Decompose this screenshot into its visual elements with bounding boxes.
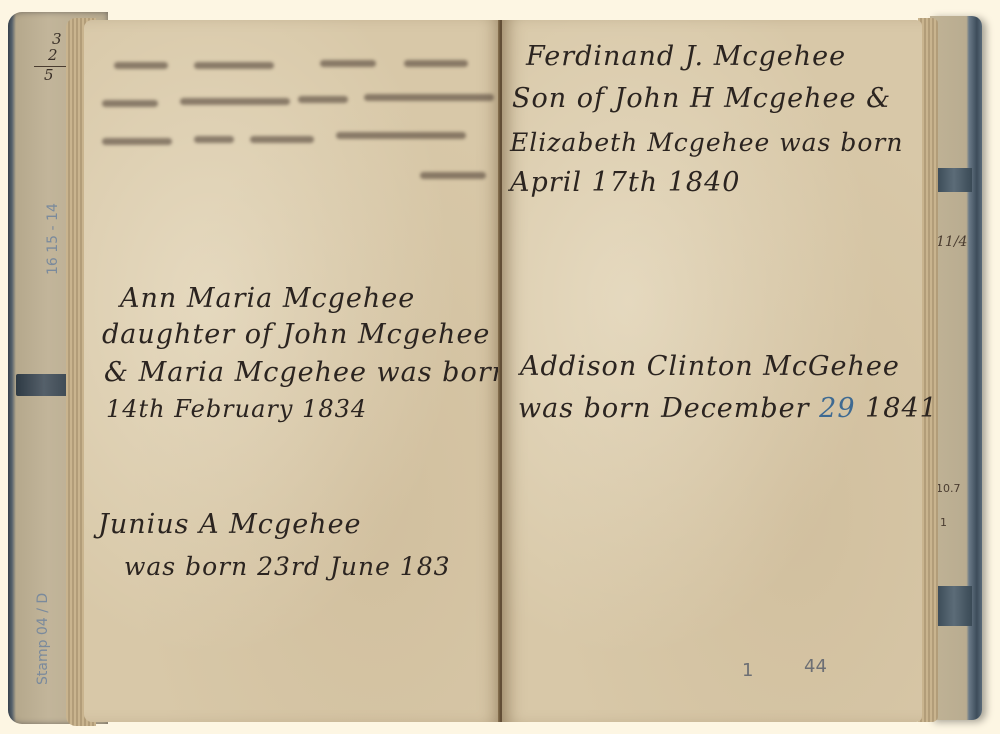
strikeout xyxy=(180,98,290,105)
entry-ann-maria-line1: Ann Maria Mcgehee xyxy=(120,282,415,316)
strikeout xyxy=(250,136,314,143)
right-cover-note: 11/4 xyxy=(936,234,967,250)
pencil-mark-44: 44 xyxy=(804,656,827,677)
entry-addison-day: 29 xyxy=(819,393,855,424)
cover-note-3: 3 xyxy=(52,32,62,47)
entry-addison-line1: Addison Clinton McGehee xyxy=(520,350,900,384)
cover-note-2: 2 xyxy=(48,48,58,63)
strikeout xyxy=(320,60,376,67)
left-cover-tab xyxy=(16,374,72,396)
entry-addison-born-text: was born December xyxy=(518,393,810,424)
entry-junius-line2: was born 23rd June 183 xyxy=(124,550,451,584)
strikeout xyxy=(404,60,468,67)
open-book: 3 2 5 16 15 - 14 Stamp 04 / D 11/4 10.7 … xyxy=(0,0,1000,734)
entry-addison-year: 1841 xyxy=(865,393,938,424)
entry-addison-line2: was born December 29 1841 xyxy=(518,392,938,426)
entry-ferdinand-line3: Elizabeth Mcgehee was born xyxy=(510,126,903,160)
strikeout xyxy=(102,138,172,145)
strikeout xyxy=(194,136,234,143)
entry-junius-line1: Junius A Mcgehee xyxy=(98,508,362,542)
strikeout xyxy=(102,100,158,107)
strikeout xyxy=(114,62,168,69)
right-cover-note-3: 1 xyxy=(940,516,947,529)
strikeout xyxy=(420,172,486,179)
left-page: Ann Maria Mcgehee daughter of John Mcgeh… xyxy=(84,20,502,722)
right-page: Ferdinand J. Mcgehee Son of John H Mcgeh… xyxy=(502,20,922,722)
right-cover-tab-bottom xyxy=(936,586,972,626)
right-cover-note-2: 10.7 xyxy=(936,482,961,495)
strikeout xyxy=(194,62,274,69)
entry-ann-maria-line2: daughter of John Mcgehee xyxy=(102,318,490,352)
strikeout xyxy=(298,96,348,103)
entry-ferdinand-line2: Son of John H Mcgehee & xyxy=(512,82,891,116)
pencil-mark-1: 1 xyxy=(742,660,753,681)
entry-ferdinand-line1: Ferdinand J. Mcgehee xyxy=(526,40,846,74)
entry-ann-maria-line4: 14th February 1834 xyxy=(106,392,367,426)
strikeout xyxy=(336,132,466,139)
entry-ann-maria-line3: & Maria Mcgehee was born xyxy=(104,356,510,390)
entry-ferdinand-line4: April 17th 1840 xyxy=(510,166,740,200)
cover-pencil-stamp: Stamp 04 / D xyxy=(35,575,51,685)
cover-note-5: 5 xyxy=(44,68,54,83)
cover-pencil-numbers: 16 15 - 14 xyxy=(45,165,61,275)
right-cover-tab-top xyxy=(936,168,972,192)
strikeout xyxy=(364,94,494,101)
